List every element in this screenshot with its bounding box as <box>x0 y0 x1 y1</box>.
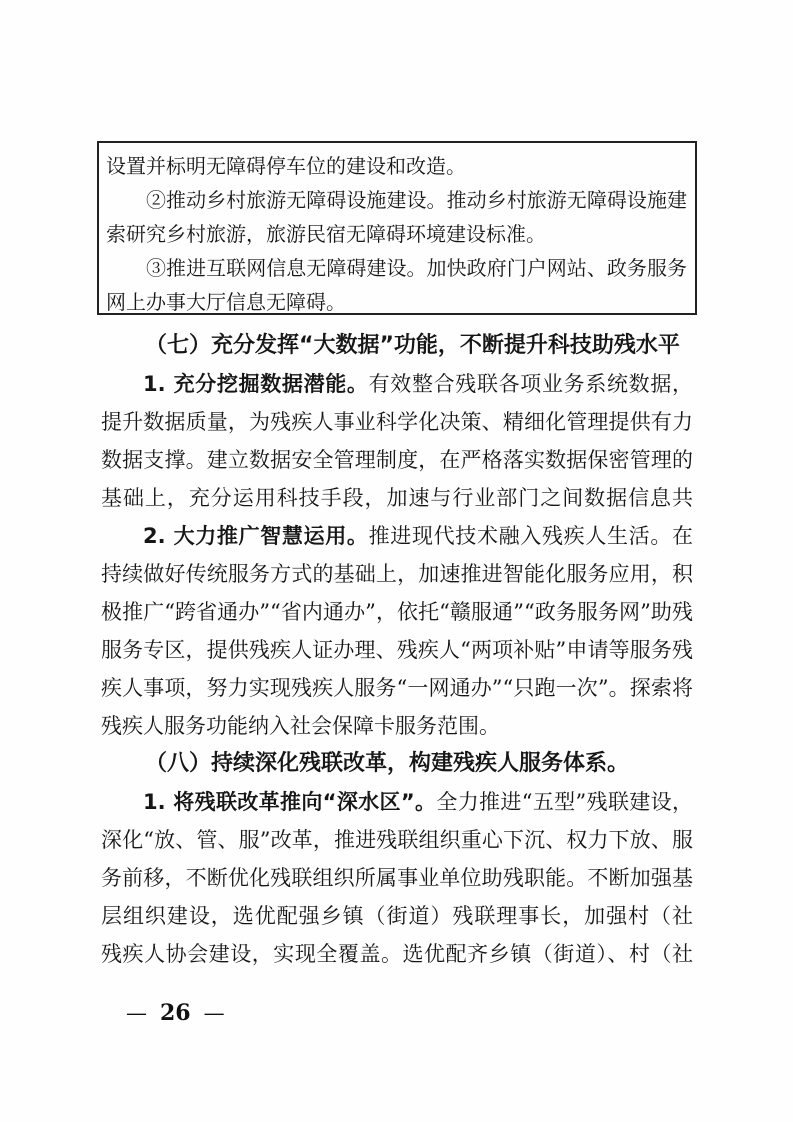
body-line: 数据支撑。建立数据安全管理制度，在严格落实数据保密管理的 <box>101 441 693 479</box>
box-line: ②推动乡村旅游无障碍设施建设。推动乡村旅游无障碍设施建设，探 <box>106 183 687 217</box>
body-line: 1. 充分挖掘数据潜能。有效整合残联各项业务系统数据， <box>101 365 693 403</box>
box-line: 网上办事大厅信息无障碍。 <box>106 285 687 319</box>
section-8-heading: （八）持续深化残联改革，构建残疾人服务体系。 <box>101 745 693 783</box>
box-line: 索研究乡村旅游，旅游民宿无障碍环境建设标准。 <box>106 217 687 251</box>
body-line: 残疾人协会建设，实现全覆盖。选优配齐乡镇（街道）、村（社区） <box>101 935 693 973</box>
page-footer: — 26 — <box>126 1000 225 1026</box>
body-line: 务前移，不断优化残联组织所属事业单位助残职能。不断加强基 <box>101 859 693 897</box>
body-line-text: 推进现代技术融入残疾人生活。在 <box>369 524 693 548</box>
section-7-heading: （七）充分发挥“大数据”功能，不断提升科技助残水平 <box>101 327 693 365</box>
document-page: 设置并标明无障碍停车位的建设和改造。 ②推动乡村旅游无障碍设施建设。推动乡村旅游… <box>0 0 793 1122</box>
box-line: ③推进互联网信息无障碍建设。加快政府门户网站、政务服务平台和 <box>106 251 687 285</box>
body-line: 疾人事项，努力实现残疾人服务“一网通办”“只跑一次”。探索将 <box>101 669 693 707</box>
footer-page-number: 26 <box>160 1000 191 1026</box>
body-line: 基础上，充分运用科技手段，加速与行业部门之间数据信息共享。 <box>101 479 693 517</box>
item-lead: 2. 大力推广智慧运用。 <box>143 524 369 548</box>
item-lead: 1. 充分挖掘数据潜能。 <box>143 372 369 396</box>
box-line: 设置并标明无障碍停车位的建设和改造。 <box>106 149 687 183</box>
body-line-text: 有效整合残联各项业务系统数据， <box>369 372 693 396</box>
body-line: 1. 将残联改革推向“深水区”。全力推进“五型”残联建设， <box>101 783 693 821</box>
main-text-block: （七）充分发挥“大数据”功能，不断提升科技助残水平 1. 充分挖掘数据潜能。有效… <box>101 327 693 973</box>
body-line: 层组织建设，选优配强乡镇（街道）残联理事长，加强村（社区） <box>101 897 693 935</box>
footer-dash-left: — <box>126 1001 147 1025</box>
body-line: 持续做好传统服务方式的基础上，加速推进智能化服务应用，积 <box>101 555 693 593</box>
body-line: 深化“放、管、服”改革，推进残联组织重心下沉、权力下放、服 <box>101 821 693 859</box>
body-line: 残疾人服务功能纳入社会保障卡服务范围。 <box>101 707 693 745</box>
continuation-text-box: 设置并标明无障碍停车位的建设和改造。 ②推动乡村旅游无障碍设施建设。推动乡村旅游… <box>97 141 697 315</box>
body-line: 服务专区，提供残疾人证办理、残疾人“两项补贴”申请等服务残 <box>101 631 693 669</box>
body-line: 提升数据质量，为残疾人事业科学化决策、精细化管理提供有力 <box>101 403 693 441</box>
body-line-text: 全力推进“五型”残联建设， <box>436 790 693 814</box>
body-line: 极推广“跨省通办”“省内通办”，依托“赣服通”“政务服务网”助残 <box>101 593 693 631</box>
body-line: 2. 大力推广智慧运用。推进现代技术融入残疾人生活。在 <box>101 517 693 555</box>
item-lead: 1. 将残联改革推向“深水区”。 <box>143 790 436 814</box>
footer-dash-right: — <box>204 1001 225 1025</box>
